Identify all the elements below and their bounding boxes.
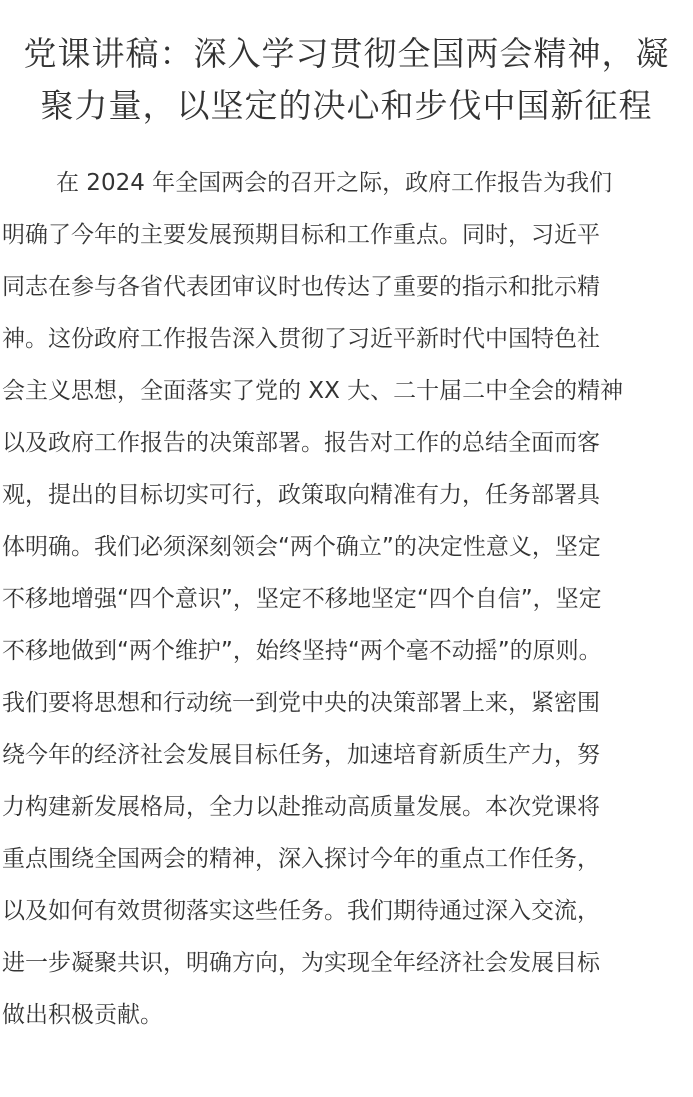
body-line: 同志在参与各省代表团审议时也传达了重要的指示和批示精 xyxy=(0,261,693,313)
document-page: 党课讲稿：深入学习贯彻全国两会精神，凝 聚力量，以坚定的决心和步伐中国新征程 在… xyxy=(0,0,693,1097)
body-line: 不移地增强“四个意识”，坚定不移地坚定“四个自信”，坚定 xyxy=(0,573,693,625)
body-line: 不移地做到“两个维护”，始终坚持“两个毫不动摇”的原则。 xyxy=(0,625,693,677)
body-line: 以及政府工作报告的决策部署。报告对工作的总结全面而客 xyxy=(0,417,693,469)
body-line: 进一步凝聚共识，明确方向，为实现全年经济社会发展目标 xyxy=(0,937,693,989)
body-line: 神。这份政府工作报告深入贯彻了习近平新时代中国特色社 xyxy=(0,313,693,365)
title-line-1: 党课讲稿：深入学习贯彻全国两会精神，凝 xyxy=(0,28,693,80)
body-line: 做出积极贡献。 xyxy=(0,989,693,1041)
body-line: 体明确。我们必须深刻领会“两个确立”的决定性意义，坚定 xyxy=(0,521,693,573)
body-paragraph: 在 2024 年全国两会的召开之际，政府工作报告为我们 明确了今年的主要发展预期… xyxy=(0,157,693,1041)
body-line: 以及如何有效贯彻落实这些任务。我们期待通过深入交流， xyxy=(0,885,693,937)
body-line: 明确了今年的主要发展预期目标和工作重点。同时，习近平 xyxy=(0,209,693,261)
body-line: 我们要将思想和行动统一到党中央的决策部署上来，紧密围 xyxy=(0,677,693,729)
body-line: 观，提出的目标切实可行，政策取向精准有力，任务部署具 xyxy=(0,469,693,521)
body-line: 在 2024 年全国两会的召开之际，政府工作报告为我们 xyxy=(0,157,693,209)
body-line: 会主义思想，全面落实了党的 XX 大、二十届二中全会的精神 xyxy=(0,365,693,417)
body-line: 力构建新发展格局，全力以赴推动高质量发展。本次党课将 xyxy=(0,781,693,833)
body-line: 重点围绕全国两会的精神，深入探讨今年的重点工作任务， xyxy=(0,833,693,885)
title-line-2: 聚力量，以坚定的决心和步伐中国新征程 xyxy=(0,80,693,132)
page-title: 党课讲稿：深入学习贯彻全国两会精神，凝 聚力量，以坚定的决心和步伐中国新征程 xyxy=(0,0,693,132)
body-line: 绕今年的经济社会发展目标任务，加速培育新质生产力，努 xyxy=(0,729,693,781)
